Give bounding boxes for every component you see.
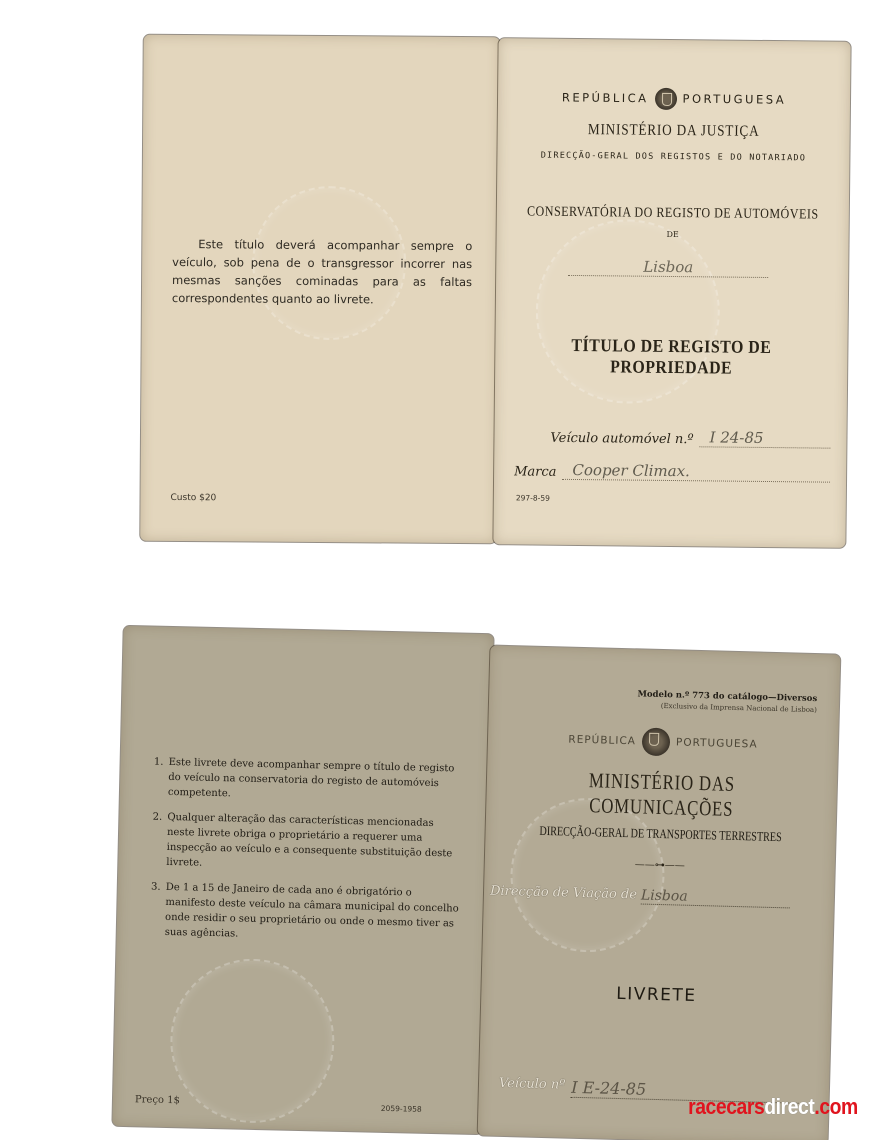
ministry-title: MINISTÉRIO DA JUSTIÇA xyxy=(524,120,823,141)
make-row: Marca Cooper Climax. xyxy=(514,460,830,482)
republic-header: REPÚBLICAPORTUGUESA xyxy=(488,723,839,760)
titulo-back-page: Este título deverá acompanhar sempre o v… xyxy=(140,35,500,543)
de-label: DE xyxy=(497,228,849,241)
city-field: Lisboa xyxy=(568,257,768,278)
make-value: Cooper Climax. xyxy=(562,461,830,483)
conservatory-title: CONSERVATÓRIA DO REGISTO DE AUTOMÓVEIS xyxy=(521,204,824,223)
vehicle-number-value: I 24-85 xyxy=(699,428,830,448)
republic-header: REPÚBLICAPORTUGUESA xyxy=(498,86,850,112)
rule-item: Qualquer alteração das características m… xyxy=(164,810,461,877)
vehicle-number-row: Veículo automóvel n.º I 24-85 xyxy=(550,427,830,449)
coat-of-arms-icon xyxy=(642,728,671,757)
republic-left: REPÚBLICA xyxy=(568,734,636,748)
racecarsdirect-watermark: racecarsdirect.com xyxy=(688,1094,858,1120)
titulo-cost: Custo $20 xyxy=(171,493,217,503)
livrete-rules: Este livrete deve acompanhar sempre o tí… xyxy=(148,755,462,957)
titulo-front-page: REPÚBLICAPORTUGUESA MINISTÉRIO DA JUSTIÇ… xyxy=(493,38,850,548)
rule-item: Este livrete deve acompanhar sempre o tí… xyxy=(166,755,463,807)
republic-left: REPÚBLICA xyxy=(562,90,649,105)
watermark-part3: .com xyxy=(815,1094,858,1119)
republic-right: PORTUGUESA xyxy=(676,736,758,750)
vehicle-number-label: Veículo nº xyxy=(499,1076,566,1098)
republic-right: PORTUGUESA xyxy=(683,92,787,107)
watermark-part1: racecars xyxy=(688,1094,764,1119)
livrete-price: Preço 1$ xyxy=(135,1094,180,1106)
livrete-print-code: 2059-1958 xyxy=(381,1104,422,1114)
document-title: TÍTULO DE REGISTO DE PROPRIEDADE xyxy=(516,334,826,379)
document-title: LIVRETE xyxy=(481,980,831,1009)
livrete-front-page: Modelo n.º 773 do catálogo—Diversos (Exc… xyxy=(478,646,841,1140)
embossed-seal xyxy=(168,957,336,1125)
titulo-print-code: 297-8-59 xyxy=(516,493,550,502)
titulo-notice-text: Este título deverá acompanhar sempre o v… xyxy=(172,235,472,309)
make-label: Marca xyxy=(514,464,556,479)
livrete-back-page: Este livrete deve acompanhar sempre o tí… xyxy=(112,626,493,1134)
embossed-seal xyxy=(509,796,667,954)
coat-of-arms-icon xyxy=(654,88,676,110)
directorate-title: DIRECÇÃO-GERAL DOS REGISTOS E DO NOTARIA… xyxy=(497,150,849,164)
direction-value: Lisboa xyxy=(641,888,790,909)
watermark-part2: direct xyxy=(764,1094,814,1119)
vehicle-number-label: Veículo automóvel n.º xyxy=(550,431,693,447)
rule-item: De 1 a 15 de Janeiro de cada ano é obrig… xyxy=(163,880,460,947)
model-printer: (Exclusivo da Imprensa Nacional de Lisbo… xyxy=(661,702,817,714)
ministry-title: MINISTÉRIO DAS COMUNICAÇÕES xyxy=(521,766,802,823)
direction-label: Direcção de Viação de xyxy=(490,884,637,905)
